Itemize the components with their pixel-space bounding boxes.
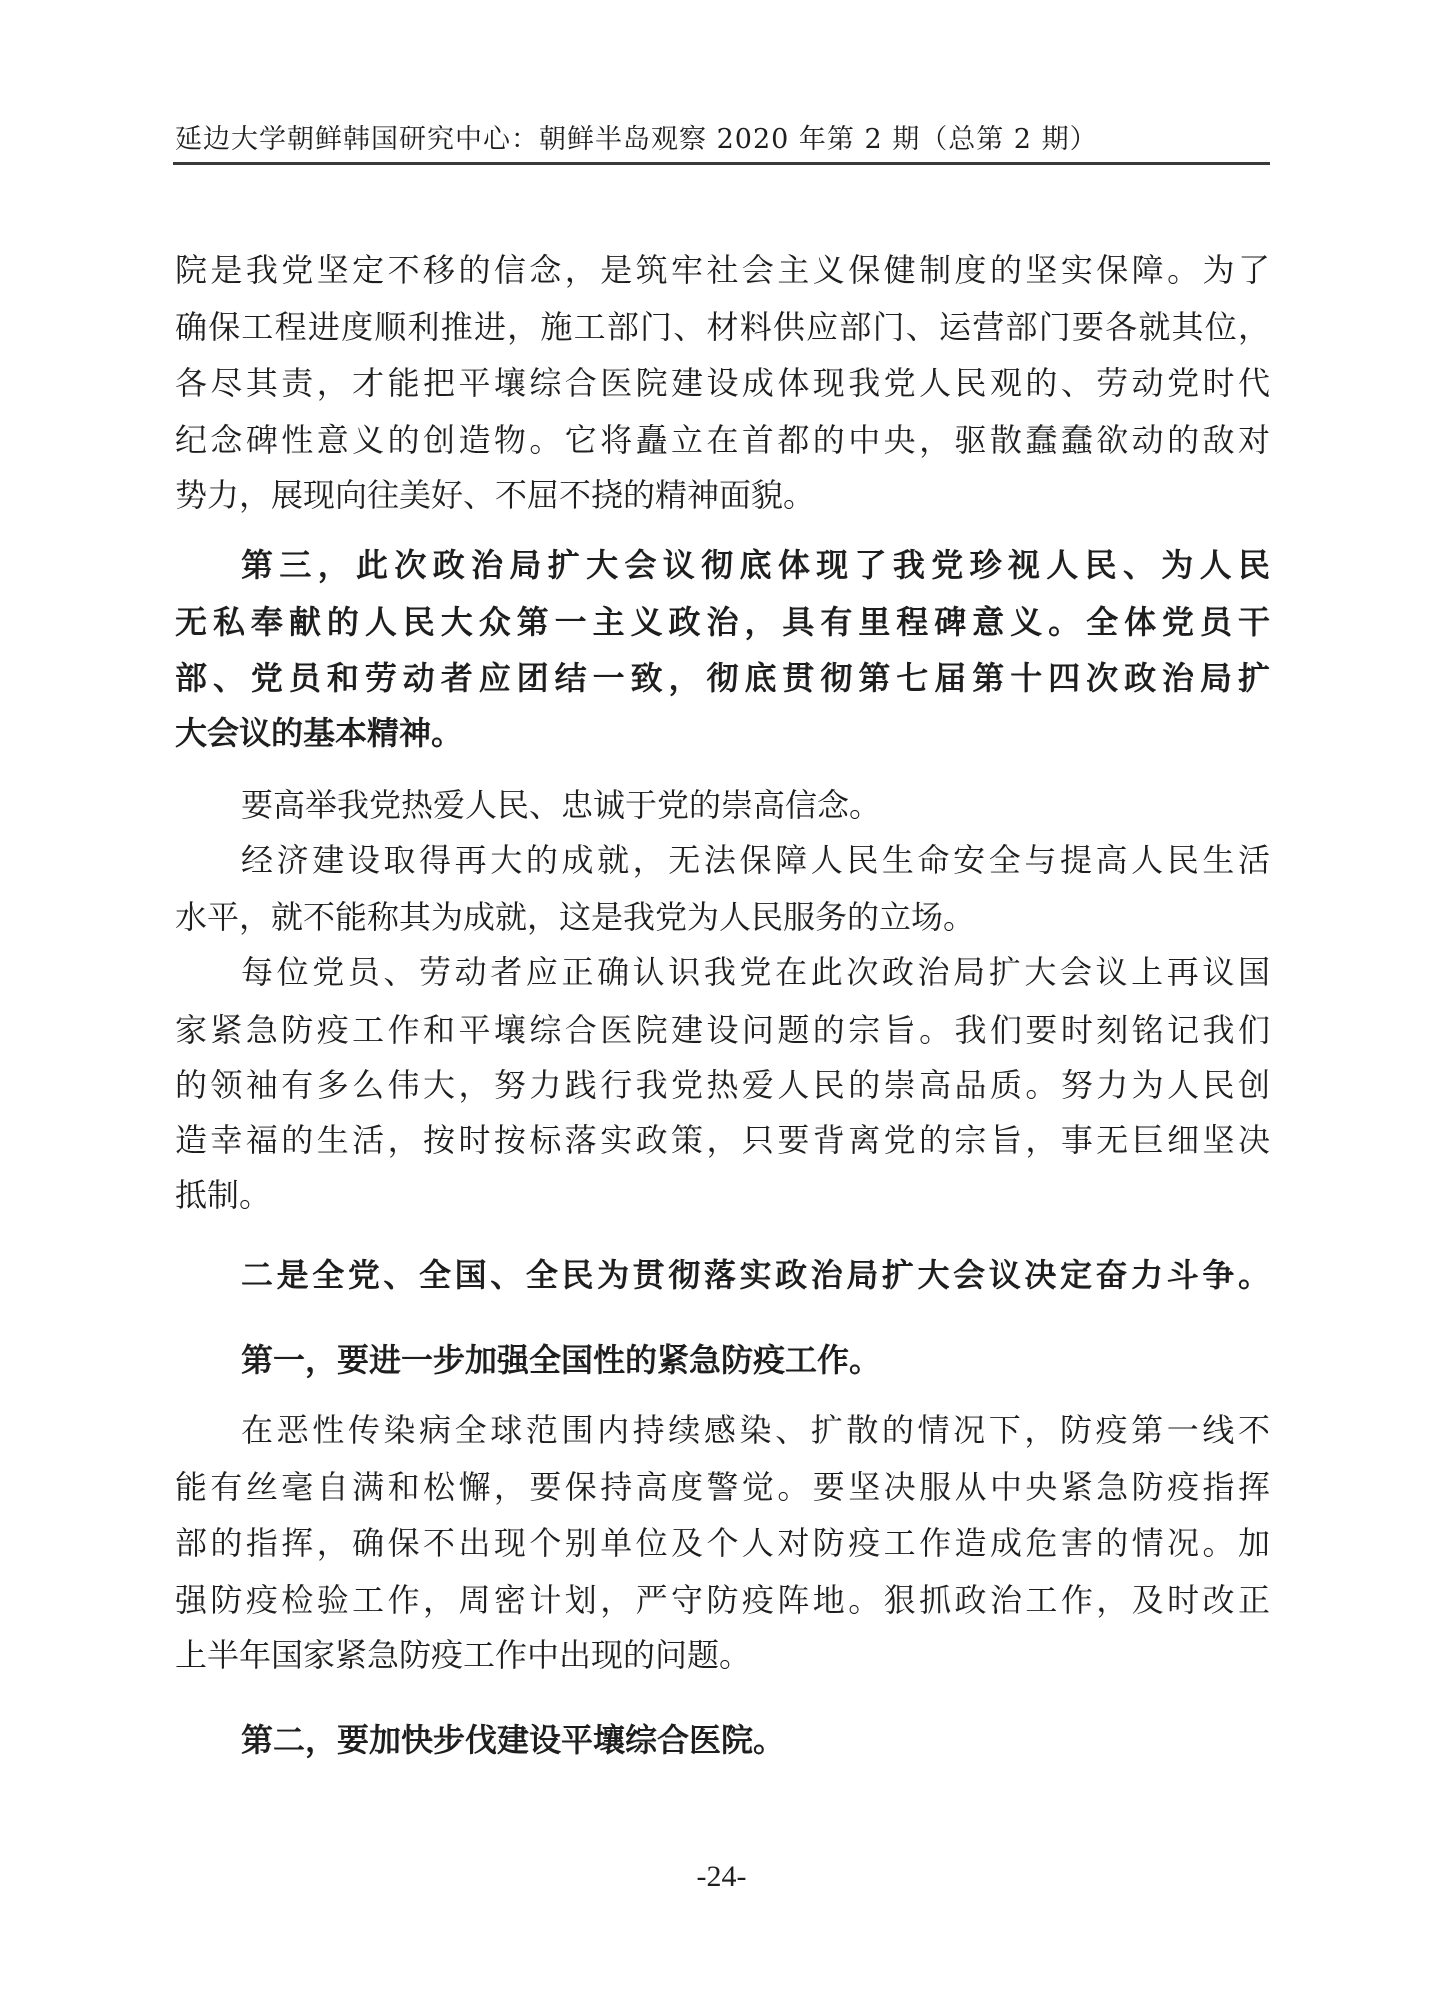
body-line: 院是我党坚定不移的信念，是筑牢社会主义保健制度的坚实保障。为了 xyxy=(175,250,1270,290)
body-line: 在恶性传染病全球范围内持续感染、扩散的情况下，防疫第一线不 xyxy=(175,1410,1270,1450)
body-line: 强防疫检验工作，周密计划，严守防疫阵地。狠抓政治工作，及时改正 xyxy=(175,1580,1270,1620)
body-line: 造幸福的生活，按时按标落实政策，只要背离党的宗旨，事无巨细坚决 xyxy=(175,1120,1270,1160)
body-line: 要高举我党热爱人民、忠诚于党的崇高信念。 xyxy=(175,785,1270,825)
body-line: 家紧急防疫工作和平壤综合医院建设问题的宗旨。我们要时刻铭记我们 xyxy=(175,1010,1270,1050)
body-line: 水平，就不能称其为成就，这是我党为人民服务的立场。 xyxy=(175,897,1270,937)
body-line: 能有丝毫自满和松懈，要保持高度警觉。要坚决服从中央紧急防疫指挥 xyxy=(175,1467,1270,1507)
section-heading: 二是全党、全国、全民为贯彻落实政治局扩大会议决定奋力斗争。 xyxy=(175,1255,1270,1295)
body-line: 抵制。 xyxy=(175,1175,1270,1215)
body-line: 纪念碑性意义的创造物。它将矗立在首都的中央，驱散蠢蠢欲动的敌对 xyxy=(175,420,1270,460)
body-line: 上半年国家紧急防疫工作中出现的问题。 xyxy=(175,1635,1270,1675)
page-number: -24- xyxy=(0,1860,1443,1894)
subsection-heading: 第二，要加快步伐建设平壤综合医院。 xyxy=(175,1720,1270,1760)
body-line: 部的指挥，确保不出现个别单位及个人对防疫工作造成危害的情况。加 xyxy=(175,1523,1270,1563)
bold-line: 第三，此次政治局扩大会议彻底体现了我党珍视人民、为人民 xyxy=(175,545,1270,585)
bold-line: 大会议的基本精神。 xyxy=(175,713,1270,753)
body-line: 每位党员、劳动者应正确认识我党在此次政治局扩大会议上再议国 xyxy=(175,952,1270,992)
header-rule xyxy=(173,162,1270,165)
subsection-heading: 第一，要进一步加强全国性的紧急防疫工作。 xyxy=(175,1340,1270,1380)
running-header: 延边大学朝鲜韩国研究中心：朝鲜半岛观察 2020 年第 2 期（总第 2 期） xyxy=(175,122,1270,158)
bold-line: 无私奉献的人民大众第一主义政治，具有里程碑意义。全体党员干 xyxy=(175,602,1270,642)
body-line: 的领袖有多么伟大，努力践行我党热爱人民的崇高品质。努力为人民创 xyxy=(175,1065,1270,1105)
bold-line: 部、党员和劳动者应团结一致，彻底贯彻第七届第十四次政治局扩 xyxy=(175,658,1270,698)
body-line: 经济建设取得再大的成就，无法保障人民生命安全与提高人民生活 xyxy=(175,840,1270,880)
body-line: 势力，展现向往美好、不屈不挠的精神面貌。 xyxy=(175,475,1270,515)
body-line: 各尽其责，才能把平壤综合医院建设成体现我党人民观的、劳动党时代 xyxy=(175,363,1270,403)
body-line: 确保工程进度顺利推进，施工部门、材料供应部门、运营部门要各就其位， xyxy=(175,307,1270,347)
